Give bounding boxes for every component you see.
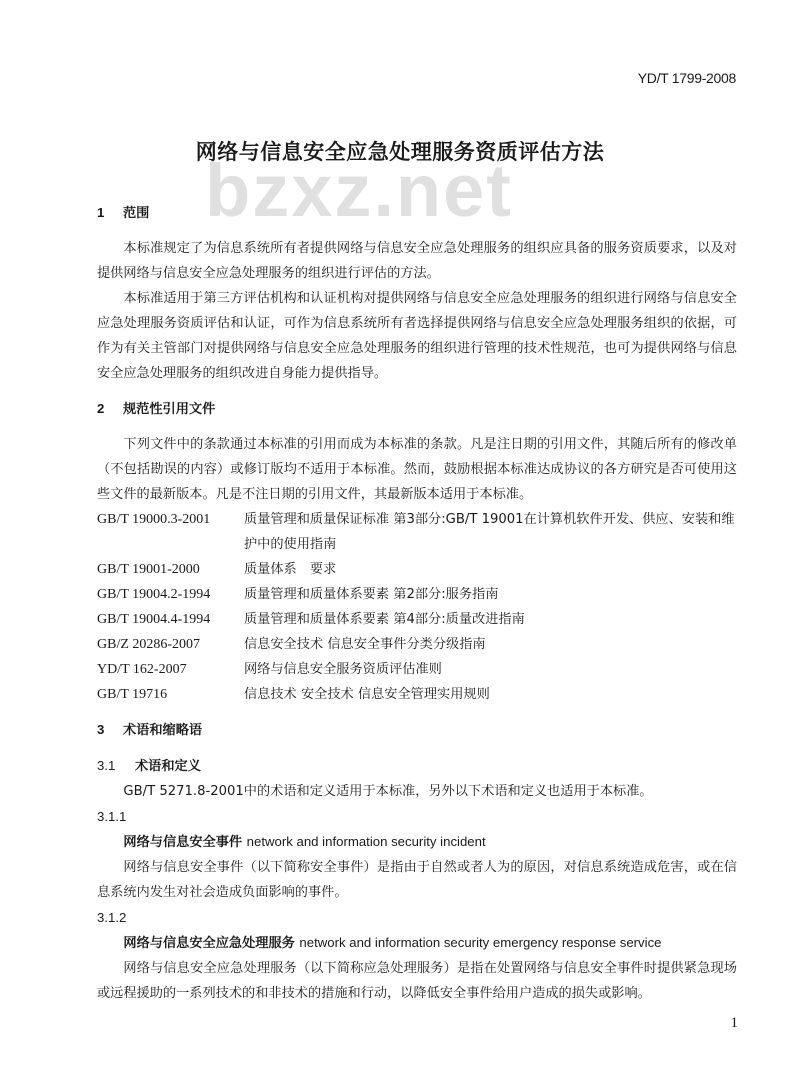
term-number: 3.1.1 xyxy=(97,804,737,829)
paragraph: GB/T 5271.8-2001中的术语和定义适用于本标准，另外以下术语和定义也… xyxy=(97,779,737,804)
section-heading-2: 2规范性引用文件 xyxy=(97,396,737,422)
paragraph: 本标准规定了为信息系统所有者提供网络与信息安全应急处理服务的组织应具备的服务资质… xyxy=(97,236,737,286)
term-definition: 网络与信息安全事件（以下简称安全事件）是指由于自然或者人为的原因，对信息系统造成… xyxy=(97,855,737,905)
reference-item: GB/T 19000.3-2001 质量管理和质量保证标准 第3部分:GB/T … xyxy=(97,507,737,557)
reference-item: YD/T 162-2007 网络与信息安全服务资质评估准则 xyxy=(97,657,737,682)
reference-item: GB/Z 20286-2007 信息安全技术 信息安全事件分类分级指南 xyxy=(97,632,737,657)
reference-item: GB/T 19004.2-1994 质量管理和质量体系要素 第2部分:服务指南 xyxy=(97,582,737,607)
page-number: 1 xyxy=(731,1015,739,1032)
standard-number: YD/T 1799-2008 xyxy=(638,70,736,86)
term-number: 3.1.2 xyxy=(97,905,737,930)
section-heading-1: 1范围 xyxy=(97,200,737,226)
term-title: 网络与信息安全应急处理服务 network and information se… xyxy=(97,930,737,956)
paragraph: 下列文件中的条款通过本标准的引用而成为本标准的条款。凡是注日期的引用文件，其随后… xyxy=(97,432,737,507)
document-body: 1范围 本标准规定了为信息系统所有者提供网络与信息安全应急处理服务的组织应具备的… xyxy=(97,200,737,1006)
section-heading-3: 3术语和缩略语 xyxy=(97,717,737,743)
reference-item: GB/T 19001-2000 质量体系 要求 xyxy=(97,557,737,582)
reference-item: GB/T 19716 信息技术 安全技术 信息安全管理实用规则 xyxy=(97,682,737,707)
reference-item: GB/T 19004.4-1994 质量管理和质量体系要素 第4部分:质量改进指… xyxy=(97,607,737,632)
term-definition: 网络与信息安全应急处理服务（以下简称应急处理服务）是指在处置网络与信息安全事件时… xyxy=(97,956,737,1006)
subsection-heading-3-1: 3.1术语和定义 xyxy=(97,753,737,779)
document-page: YD/T 1799-2008 网络与信息安全应急处理服务资质评估方法 bzxz.… xyxy=(0,0,800,1084)
paragraph: 本标准适用于第三方评估机构和认证机构对提供网络与信息安全应急处理服务的组织进行网… xyxy=(97,286,737,386)
term-title: 网络与信息安全事件 network and information securi… xyxy=(97,829,737,855)
